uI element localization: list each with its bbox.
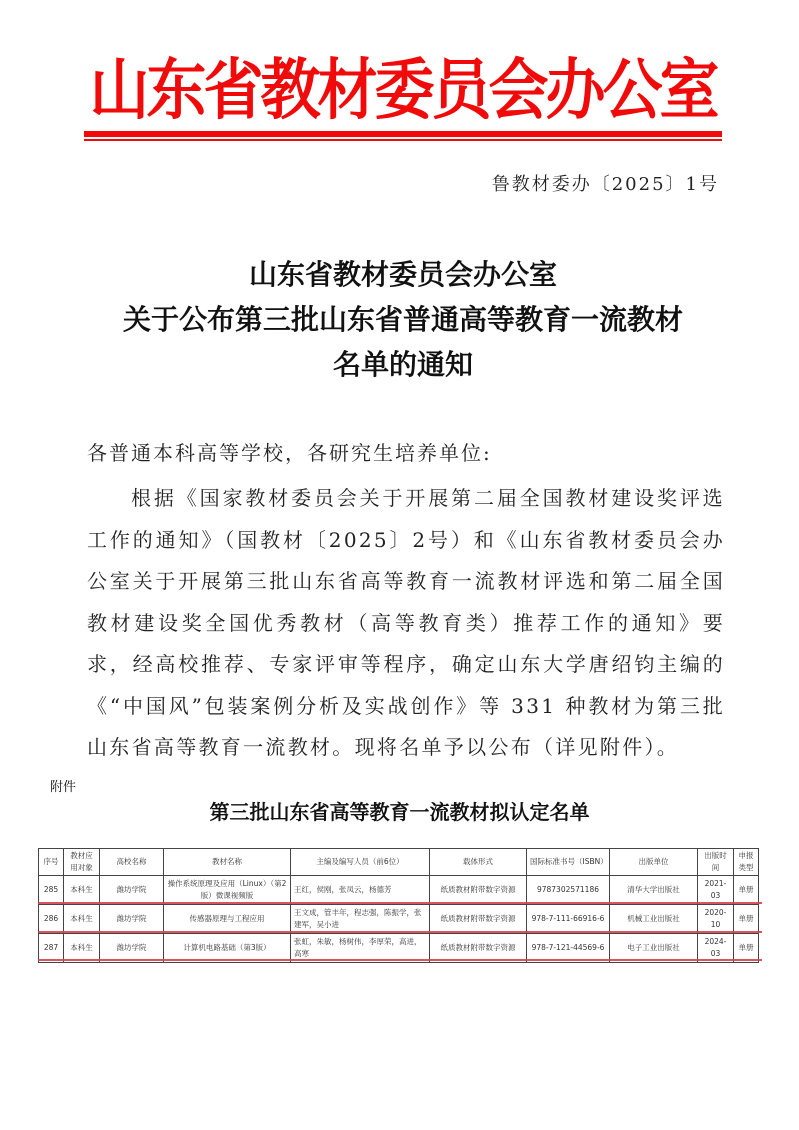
masthead-divider-thin <box>84 139 722 141</box>
table-row: 285 本科生 潍坊学院 操作系统原理及应用（Linux）（第2版）微课视频版 … <box>39 876 759 905</box>
cell-isbn: 978-7-111-66916-6 <box>527 905 610 934</box>
col-header-isbn: 国际标准书号（ISBN） <box>527 849 610 876</box>
notice-title: 山东省教材委员会办公室 关于公布第三批山东省普通高等教育一流教材 名单的通知 <box>60 252 746 387</box>
row-highlight-line <box>38 931 762 933</box>
cell-authors: 王文成，管丰年，程志强，陈振学，张建军，吴小进 <box>291 905 430 934</box>
cell-school: 潍坊学院 <box>100 905 164 934</box>
row-highlight-line <box>38 902 762 904</box>
document-number: 鲁教材委办〔2025〕1号 <box>492 170 719 196</box>
col-header-audience: 教材应用对象 <box>64 849 100 876</box>
masthead-title: 山东省教材委员会办公室 <box>84 52 722 129</box>
col-header-date: 出版时间 <box>698 849 734 876</box>
body-paragraph: 根据《国家教材委员会关于开展第二届全国教材建设奖评选工作的通知》（国教材〔202… <box>87 478 725 769</box>
notice-title-line-3: 名单的通知 <box>60 342 746 387</box>
textbook-list-table: 序号 教材应用对象 高校名称 教材名称 主编及编写人员（前6位） 载体形式 国际… <box>38 848 758 963</box>
cell-format: 纸质教材附带数字资源 <box>430 876 527 905</box>
cell-date: 2020-10 <box>698 905 734 934</box>
notice-title-line-1: 山东省教材委员会办公室 <box>60 252 746 297</box>
col-header-no: 序号 <box>39 849 64 876</box>
col-header-format: 载体形式 <box>430 849 527 876</box>
cell-audience: 本科生 <box>64 876 100 905</box>
col-header-authors: 主编及编写人员（前6位） <box>291 849 430 876</box>
salutation: 各普通本科高等学校，各研究生培养单位: <box>87 437 492 466</box>
cell-publisher: 机械工业出版社 <box>610 905 698 934</box>
annex-label: 附件 <box>50 776 76 795</box>
cell-audience: 本科生 <box>64 905 100 934</box>
masthead-divider-thick <box>84 131 722 137</box>
cell-book: 操作系统原理及应用（Linux）（第2版）微课视频版 <box>164 876 291 905</box>
table-row: 286 本科生 潍坊学院 传感器原理与工程应用 王文成，管丰年，程志强，陈振学，… <box>39 905 759 934</box>
cell-publisher: 清华大学出版社 <box>610 876 698 905</box>
cell-date: 2021-03 <box>698 876 734 905</box>
col-header-school: 高校名称 <box>100 849 164 876</box>
cell-type: 单册 <box>734 905 759 934</box>
cell-school: 潍坊学院 <box>100 876 164 905</box>
cell-isbn: 9787302571186 <box>527 876 610 905</box>
cell-type: 单册 <box>734 876 759 905</box>
cell-format: 纸质教材附带数字资源 <box>430 905 527 934</box>
cell-authors: 王红，侯刚，张凤云，杨德芳 <box>291 876 430 905</box>
col-header-type: 申报类型 <box>734 849 759 876</box>
cell-no: 286 <box>39 905 64 934</box>
cell-no: 285 <box>39 876 64 905</box>
col-header-book: 教材名称 <box>164 849 291 876</box>
row-highlight-line <box>38 959 762 961</box>
annex-title: 第三批山东省高等教育一流教材拟认定名单 <box>0 796 799 825</box>
notice-title-line-2: 关于公布第三批山东省普通高等教育一流教材 <box>60 297 746 342</box>
cell-book: 传感器原理与工程应用 <box>164 905 291 934</box>
col-header-publisher: 出版单位 <box>610 849 698 876</box>
table-header-row: 序号 教材应用对象 高校名称 教材名称 主编及编写人员（前6位） 载体形式 国际… <box>39 849 759 876</box>
